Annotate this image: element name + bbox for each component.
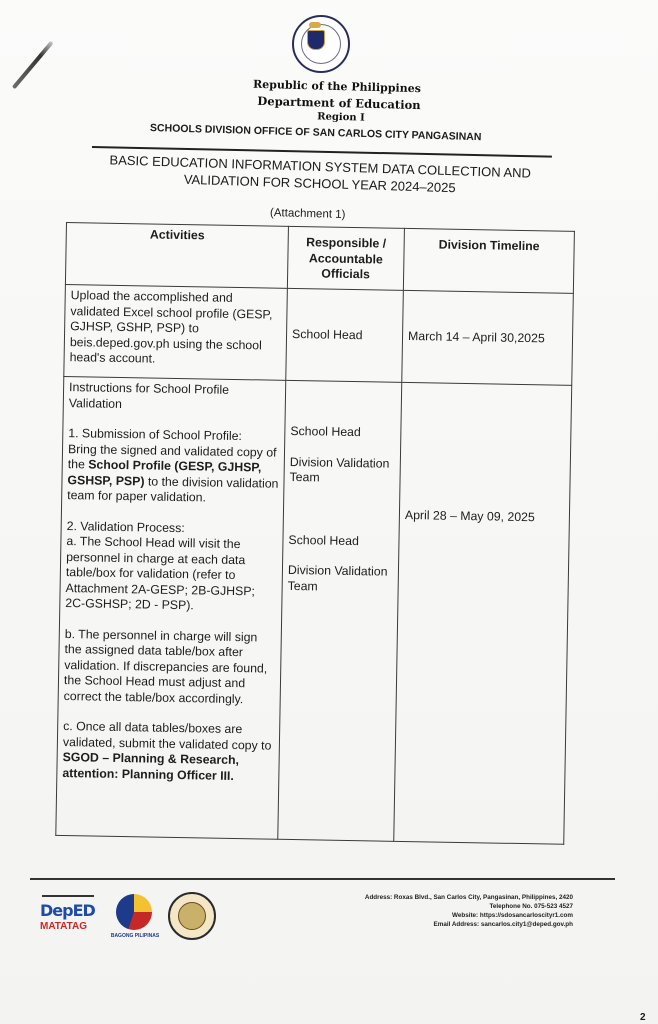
- step-2b: b. The personnel in charge will sign the…: [64, 627, 276, 708]
- website-link[interactable]: Website: https://sdosancarloscityr1.com: [330, 911, 573, 920]
- footer-divider: [30, 878, 615, 880]
- address-text: Address: Roxas Blvd., San Carlos City, P…: [330, 893, 573, 902]
- step-2c-text: c. Once all data tables/boxes are valida…: [63, 719, 272, 752]
- responsible-school-head: School Head: [288, 532, 393, 549]
- responsible-validation-team: Division Validation Team: [289, 454, 395, 487]
- timeline-table: Activities Responsible / Accountable Off…: [55, 222, 574, 845]
- deped-seal-icon: [292, 15, 350, 73]
- deped-matatag-logo: DepED MATATAG: [40, 895, 100, 945]
- responsible-school-head: School Head: [290, 424, 395, 441]
- document-title: BASIC EDUCATION INFORMATION SYSTEM DATA …: [95, 151, 546, 199]
- step-2c-bold: SGOD – Planning & Research, attention: P…: [62, 750, 239, 782]
- header-responsible: Responsible / Accountable Officials: [287, 226, 404, 290]
- step-2-heading: 2. Validation Process:: [67, 519, 185, 535]
- responsible-cell: School Head: [286, 288, 404, 382]
- contact-info: Address: Roxas Blvd., San Carlos City, P…: [330, 893, 573, 929]
- step-2: 2. Validation Process: a. The School Hea…: [65, 519, 278, 616]
- table-header-row: Activities Responsible / Accountable Off…: [65, 223, 574, 294]
- bagong-pilipinas-label: BAGONG PILIPINAS: [110, 933, 160, 939]
- timeline-cell: April 28 – May 09, 2025: [394, 382, 572, 844]
- torch-icon: [309, 22, 321, 28]
- step-1-heading: 1. Submission of School Profile:: [68, 426, 242, 443]
- document-page: Republic of the Philippines Department o…: [0, 0, 658, 1024]
- table-row: Instructions for School Profile Validati…: [56, 376, 572, 844]
- email-link[interactable]: Email Address: sancarlos.city1@deped.gov…: [330, 920, 573, 929]
- activity-cell: Instructions for School Profile Validati…: [56, 376, 286, 839]
- table-row: Upload the accomplished and validated Ex…: [64, 284, 574, 385]
- page-number: 2: [640, 1012, 646, 1023]
- step-2a: a. The School Head will visit the person…: [65, 534, 255, 612]
- timeline-value: April 28 – May 09, 2025: [405, 386, 566, 526]
- responsible-validation-team: Division Validation Team: [288, 563, 394, 596]
- matatag-logo-text: MATATAG: [40, 921, 100, 932]
- step-1: 1. Submission of School Profile: Bring t…: [67, 426, 279, 507]
- header-activities: Activities: [65, 223, 288, 289]
- shield-icon: [307, 30, 325, 50]
- header-timeline: Division Timeline: [403, 228, 574, 293]
- responsible-cell: School Head Division Validation Team Sch…: [278, 380, 402, 841]
- telephone-text: Telephone No. 075-523 4527: [330, 902, 573, 911]
- bagong-pilipinas-icon: [116, 894, 152, 930]
- timeline-cell: March 14 – April 30,2025: [402, 290, 574, 385]
- instructions-intro: Instructions for School Profile Validati…: [69, 380, 281, 415]
- attachment-label: (Attachment 1): [270, 207, 346, 221]
- step-2c: c. Once all data tables/boxes are valida…: [62, 719, 274, 785]
- bagong-pilipinas-logo: BAGONG PILIPINAS: [110, 894, 160, 944]
- division-seal-icon: [168, 892, 216, 940]
- deped-logo-text: DepED: [40, 901, 100, 920]
- activity-cell: Upload the accomplished and validated Ex…: [64, 284, 288, 380]
